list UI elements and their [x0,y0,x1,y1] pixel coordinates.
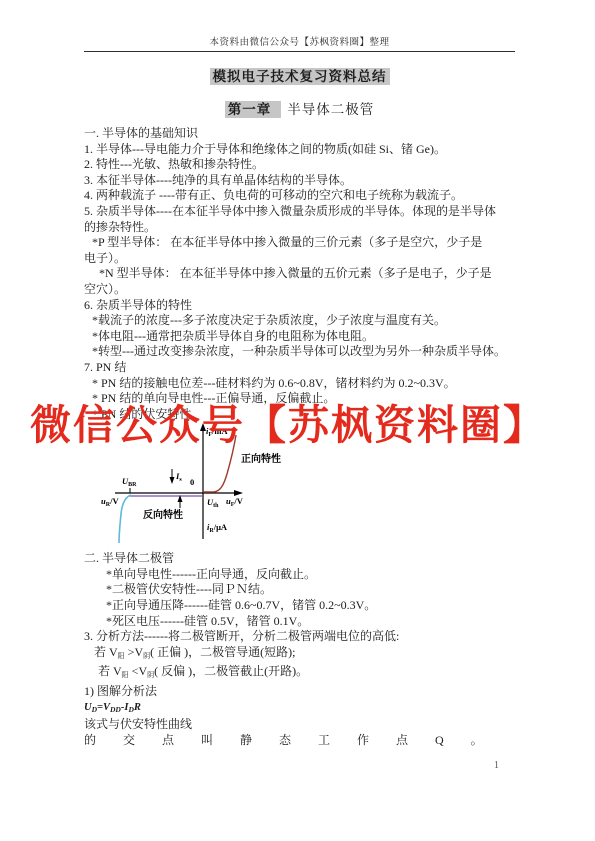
text-line: *N 型半导体： 在本征半导体中掺入微量的五价元素（多子是电子，少子是 [84,266,515,282]
chapter-badge: 第一章 [225,101,282,118]
forward-label: 正向特性 [241,452,281,465]
text-line: *P 型半导体： 在本征半导体中掺入微量的三价元素（多子是空穴，少子是 [84,235,515,251]
x-axis-right-label: uF/V [226,496,244,508]
pn-junction-vi-diagram: iF/mA 正向特性 UBR Is 0 uR/V Uth uF/V 反向特性 i… [84,422,515,547]
text-line: 电子）。 [84,251,515,267]
text-line: * PN 结的单向导电性---正偏导通，反偏截止。 [84,391,515,407]
bottom-axis-label: iR/μA [207,522,228,534]
text-line: 1. 半导体---导电能力介于导体和绝缘体之间的物质(如硅 Si、锗 Ge)。 [84,142,515,158]
page-number: 1 [494,760,499,771]
text-line: *死区电压------硅管 0.5V，锗管 0.1V。 [84,614,515,630]
text-line: 该式与伏安特性曲线 [84,717,515,733]
forward-curve [203,435,236,492]
is-down-arrowhead-icon [170,477,175,484]
header-note: 本资料由微信公众号【苏枫资料圈】整理 [84,0,515,48]
ubr-label: UBR [122,476,137,488]
y-axis-label: iF/mA [206,426,228,438]
text-line: 2. 特性---光敏、热敏和掺杂特性。 [84,157,515,173]
text-line: *正向导通压降------硅管 0.6~0.7V，锗管 0.2~0.3V。 [84,598,515,614]
reverse-label: 反向特性 [143,508,183,521]
section-1: 一. 半导体的基础知识 1. 半导体---导电能力介于导体和绝缘体之间的物质(如… [84,126,515,422]
header-rule [84,51,515,52]
text-line: * PN 结的接触电位差---硅材料约为 0.6~0.8V，锗材料约为 0.2~… [84,376,515,392]
uth-label: Uth [207,497,219,509]
condition-line-reverse: 若 V阳 <V阴( 反偏 )，二极管截止(开路)。 [84,664,515,684]
document-page: 微信公众号【苏枫资料圈】 本资料由微信公众号【苏枫资料圈】整理 模拟电子技术复习… [0,0,595,841]
graph-method-line: 1) 图解分析法 [84,684,515,700]
text-line: *载流子的浓度---多子浓度决定于杂质浓度，少子浓度与温度有关。 [84,313,515,329]
document-title-text: 模拟电子技术复习资料总结 [210,68,390,85]
page-content: 本资料由微信公众号【苏枫资料圈】整理 模拟电子技术复习资料总结 第一章半导体二极… [0,0,595,748]
text-line: 6. 杂质半导体的特性 [84,298,515,314]
text-line: * PN 结的伏安特性 [84,407,515,423]
vi-characteristic-chart: iF/mA 正向特性 UBR Is 0 uR/V Uth uF/V 反向特性 i… [95,422,325,547]
chapter-title: 半导体二极管 [287,102,374,117]
text-line: 一. 半导体的基础知识 [84,126,515,142]
section-2: 二. 半导体二极管 *单向导电性------正向导通，反向截止。 *二极管伏安特… [84,551,515,748]
text-line: *转型---通过改变掺杂浓度，一种杂质半导体可以改型为另外一种杂质半导体。 [84,344,515,360]
text-line: 7. PN 结 [84,360,515,376]
text-line: 二. 半导体二极管 [84,551,515,567]
text-line: 3. 本征半导体----纯净的具有单晶体结构的半导体。 [84,173,515,189]
q-point-line: 的交点叫静态工作点Q。 [84,733,515,749]
text-line: 的掺杂特性。 [84,220,515,236]
text-line: 5. 杂质半导体----在本征半导体中掺入微量杂质形成的半导体。体现的是半导体 [84,204,515,220]
text-line: *单向导电性------正向导通，反向截止。 [84,567,515,583]
reverse-breakdown-curve [119,495,131,543]
diode-load-line-formula: UD=VDD-IDR [84,700,515,718]
origin-label: 0 [190,477,194,487]
text-line: 4. 两种载流子 ----带有正、负电荷的可移动的空穴和电子统称为载流子。 [84,188,515,204]
text-line: *体电阻---通常把杂质半导体自身的电阻称为体电阻。 [84,329,515,345]
document-title: 模拟电子技术复习资料总结 [84,65,515,85]
text-line: 空穴）。 [84,282,515,298]
condition-line-forward: 若 V阳 >V阴( 正偏 )，二极管导通(短路); [84,645,515,665]
is-label: Is [175,471,182,483]
text-line: 3. 分析方法------将二极管断开，分析二极管两端电位的高低: [84,629,515,645]
x-axis-left-label: uR/V [101,496,119,508]
text-line: *二极管伏安特性----同ＰＮ结。 [84,582,515,598]
chapter-heading: 第一章半导体二极管 [84,98,515,118]
